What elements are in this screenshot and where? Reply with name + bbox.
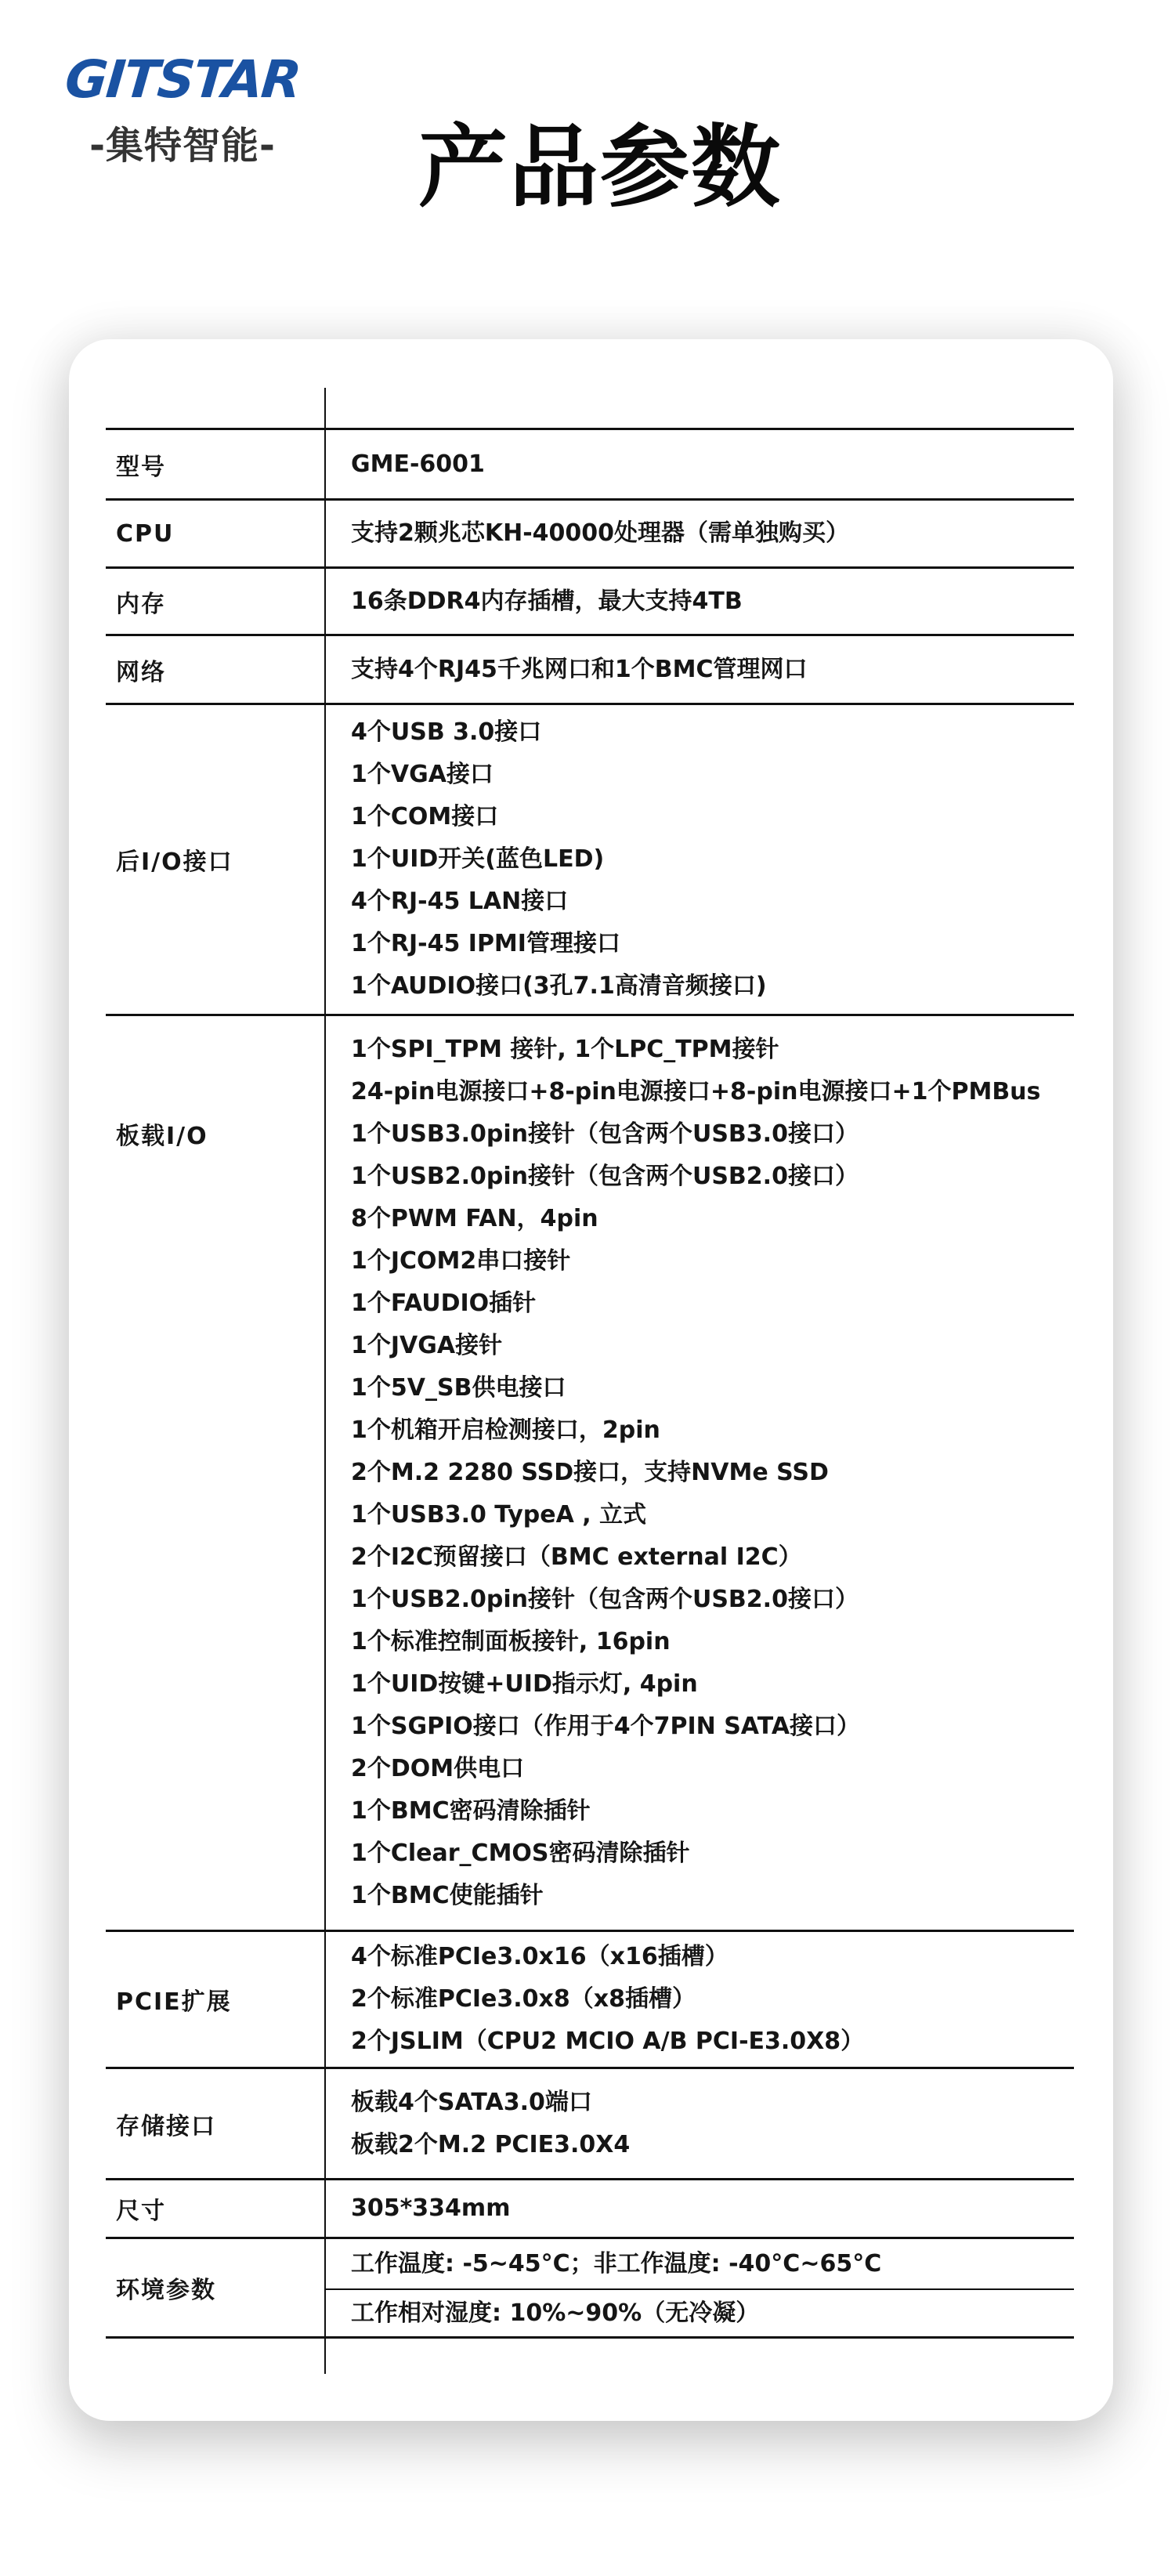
row-label: 存储接口 (106, 2069, 324, 2178)
value-line: 工作温度: -5~45°C；非工作温度: -40°C~65°C (351, 2243, 881, 2285)
value-line: 1个USB3.0pin接针（包含两个USB3.0接口） (351, 1113, 1074, 1156)
value-line: 1个USB3.0 TypeA , 立式 (351, 1494, 1074, 1536)
value-line: 305*334mm (351, 2187, 1074, 2230)
row-value: 板载4个SATA3.0端口板载2个M.2 PCIE3.0X4 (324, 2069, 1074, 2178)
value-line: 1个UID按键+UID指示灯, 4pin (351, 1663, 1074, 1706)
value-line: 1个5V_SB供电接口 (351, 1367, 1074, 1409)
value-line: 支持4个RJ45千兆网口和1个BMC管理网口 (351, 649, 1074, 691)
row-value: GME-6001 (324, 430, 1074, 498)
row-label: 型号 (106, 430, 324, 498)
row-value: 支持4个RJ45千兆网口和1个BMC管理网口 (324, 636, 1074, 703)
row-label: 板载I/O (106, 1016, 324, 1930)
value-line: 1个BMC密码清除插针 (351, 1790, 1074, 1833)
spec-row-memory: 内存16条DDR4内存插槽，最大支持4TB (106, 566, 1074, 634)
row-label: 后I/O接口 (106, 705, 324, 1014)
spec-row-pcie: PCIE扩展4个标准PCIe3.0x16（x16插槽）2个标准PCIe3.0x8… (106, 1930, 1074, 2067)
row-value: 支持2颗兆芯KH-40000处理器（需单独购买） (324, 501, 1074, 566)
spec-row-storage: 存储接口板载4个SATA3.0端口板载2个M.2 PCIE3.0X4 (106, 2067, 1074, 2178)
row-label: 内存 (106, 569, 324, 634)
row-value: 1个SPI_TPM 接针, 1个LPC_TPM接针24-pin电源接口+8-pi… (324, 1016, 1074, 1930)
row-value: 305*334mm (324, 2180, 1074, 2237)
value-line: 板载2个M.2 PCIE3.0X4 (351, 2124, 1074, 2166)
value-line: 1个RJ-45 IPMI管理接口 (351, 923, 1074, 965)
gitstar-logo: GITSTAR (60, 55, 305, 105)
value-line: 2个DOM供电口 (351, 1748, 1074, 1790)
spec-table: 型号GME-6001CPU支持2颗兆芯KH-40000处理器（需单独购买）内存1… (106, 428, 1074, 2339)
value-line: 4个RJ-45 LAN接口 (351, 881, 1074, 923)
value-line: 1个AUDIO接口(3孔7.1高清音频接口) (351, 965, 1074, 1008)
brand-subtitle: -集特智能- (62, 125, 303, 166)
spec-row-network: 网络支持4个RJ45千兆网口和1个BMC管理网口 (106, 634, 1074, 703)
value-line: 1个机箱开启检测接口，2pin (351, 1409, 1074, 1452)
row-value: 工作温度: -5~45°C；非工作温度: -40°C~65°C工作相对湿度: 1… (324, 2239, 1074, 2336)
value-line: 4个标准PCIe3.0x16（x16插槽） (351, 1936, 1074, 1978)
value-line: 1个VGA接口 (351, 754, 1074, 796)
value-line: 2个I2C预留接口（BMC external I2C） (351, 1536, 1074, 1579)
value-line: 2个M.2 2280 SSD接口，支持NVMe SSD (351, 1452, 1074, 1494)
value-line: 2个标准PCIe3.0x8（x8插槽） (351, 1978, 1074, 2021)
value-line: 1个Clear_CMOS密码清除插针 (351, 1833, 1074, 1875)
row-value: 4个USB 3.0接口1个VGA接口1个COM接口1个UID开关(蓝色LED)4… (324, 705, 1074, 1014)
row-label: 环境参数 (106, 2239, 324, 2336)
value-line: GME-6001 (351, 443, 1074, 486)
spec-row-model: 型号GME-6001 (106, 428, 1074, 498)
row-label: 尺寸 (106, 2180, 324, 2237)
value-line: 2个JSLIM（CPU2 MCIO A/B PCI-E3.0X8） (351, 2021, 1074, 2063)
row-label: 网络 (106, 636, 324, 703)
value-line: 1个标准控制面板接针, 16pin (351, 1621, 1074, 1663)
value-line: 1个JCOM2串口接针 (351, 1240, 1074, 1283)
spec-row-onboard-io: 板载I/O1个SPI_TPM 接针, 1个LPC_TPM接针24-pin电源接口… (106, 1014, 1074, 1930)
row-label: CPU (106, 501, 324, 566)
value-line: 1个JVGA接针 (351, 1325, 1074, 1367)
value-line: 1个USB2.0pin接针（包含两个USB2.0接口） (351, 1579, 1074, 1621)
page-title: 产品参数 (418, 116, 782, 219)
row-value: 16条DDR4内存插槽，最大支持4TB (324, 569, 1074, 634)
value-line: 支持2颗兆芯KH-40000处理器（需单独购买） (351, 512, 1074, 555)
value-line: 16条DDR4内存插槽，最大支持4TB (351, 581, 1074, 623)
value-line: 1个SGPIO接口（作用于4个7PIN SATA接口） (351, 1706, 1074, 1748)
value-line: 工作相对湿度: 10%~90%（无冷凝） (351, 2292, 759, 2335)
value-line: 1个UID开关(蓝色LED) (351, 838, 1074, 881)
spec-row-environment: 环境参数工作温度: -5~45°C；非工作温度: -40°C~65°C工作相对湿… (106, 2237, 1074, 2336)
row-subvalue: 工作相对湿度: 10%~90%（无冷凝） (324, 2288, 1074, 2336)
spec-row-dimensions: 尺寸305*334mm (106, 2178, 1074, 2237)
spec-card: 型号GME-6001CPU支持2颗兆芯KH-40000处理器（需单独购买）内存1… (69, 339, 1113, 2421)
value-line: 1个SPI_TPM 接针, 1个LPC_TPM接针 (351, 1029, 1074, 1071)
row-subvalue: 工作温度: -5~45°C；非工作温度: -40°C~65°C (324, 2239, 1074, 2288)
value-line: 板载4个SATA3.0端口 (351, 2082, 1074, 2124)
row-value: 4个标准PCIe3.0x16（x16插槽）2个标准PCIe3.0x8（x8插槽）… (324, 1932, 1074, 2067)
spec-row-rear-io: 后I/O接口4个USB 3.0接口1个VGA接口1个COM接口1个UID开关(蓝… (106, 703, 1074, 1014)
value-line: 1个FAUDIO插针 (351, 1283, 1074, 1325)
value-line: 8个PWM FAN，4pin (351, 1198, 1074, 1240)
brand-block: GITSTAR -集特智能- (62, 55, 303, 166)
row-label: PCIE扩展 (106, 1932, 324, 2067)
spec-row-cpu: CPU支持2颗兆芯KH-40000处理器（需单独购买） (106, 498, 1074, 566)
value-line: 4个USB 3.0接口 (351, 711, 1074, 754)
value-line: 1个BMC使能插针 (351, 1875, 1074, 1917)
value-line: 24-pin电源接口+8-pin电源接口+8-pin电源接口+1个PMBus (351, 1071, 1074, 1113)
value-line: 1个USB2.0pin接针（包含两个USB2.0接口） (351, 1156, 1074, 1198)
value-line: 1个COM接口 (351, 796, 1074, 838)
table-column-divider (324, 388, 326, 2374)
